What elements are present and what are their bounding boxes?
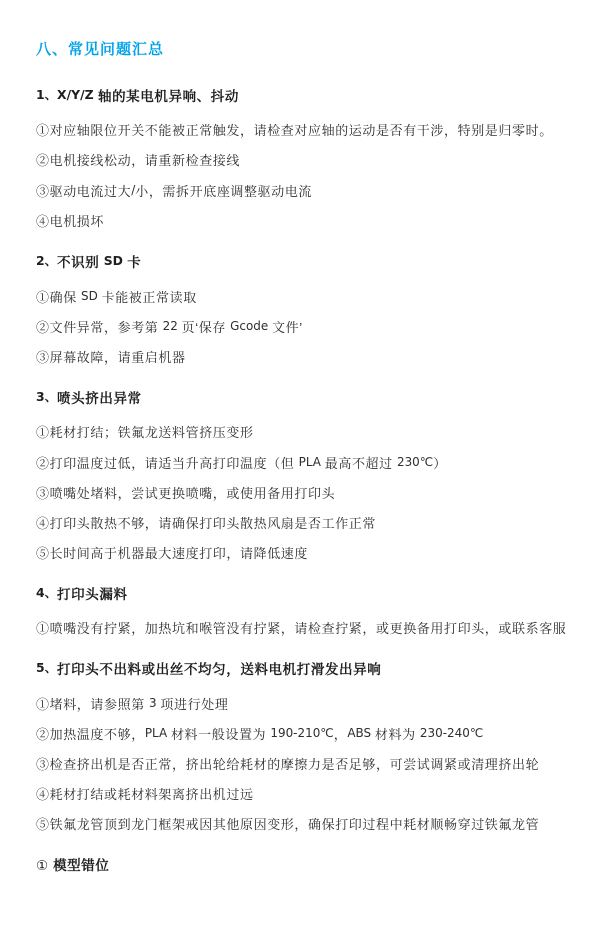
list-item: ②电机接线松动，请重新检查接线 [36,153,581,170]
text-run: ②电机接线松动，请重新检查接线 [36,153,240,168]
text-run: 材料为 [375,727,420,742]
latin-text-run: 190-210℃ [270,726,333,740]
latin-text-run: 230-240℃ [420,726,483,740]
latin-text-run: 5、 [36,660,57,675]
latin-text-run: 3 [149,696,160,710]
section-heading: 4、打印头漏料 [36,583,581,603]
latin-text-run: 1、X/Y/Z [36,87,98,102]
latin-text-run: ABS [347,726,375,740]
text-run: ③驱动电流过大 [36,184,131,199]
text-run: ④打印头散热不够，请确保打印头散热风扇是否工作正常 [36,516,376,531]
text-run: ③屏幕故障，请重启机器 [36,350,186,365]
text-run: ①堵料，请参照第 [36,697,149,712]
list-item: ③喷嘴处堵料，尝试更换喷嘴，或使用备用打印头 [36,486,581,503]
latin-text-run: 22 [163,319,182,333]
text-run: ④电机损坏 [36,214,104,229]
text-run: 最高不超过 [325,456,397,471]
list-item: ②打印温度过低，请适当升高打印温度（但 PLA 最高不超过 230℃） [36,455,581,473]
text-run: ②文件异常，参考第 [36,320,163,335]
latin-text-run: PLA [299,455,325,469]
list-item: ②加热温度不够，PLA 材料一般设置为 190-210℃，ABS 材料为 230… [36,726,581,744]
latin-text-run: 3、 [36,389,57,404]
text-run: 材料一般设置为 [171,727,270,742]
text-run: 喷头挤出异常 [57,391,142,406]
list-item: ①耗材打结；铁氟龙送料管挤压变形 [36,425,581,442]
text-run: 不识别 [57,255,104,270]
list-item: ①喷嘴没有拧紧，加热坑和喉管没有拧紧，请检查拧紧，或更换备用打印头，或联系客服 [36,621,581,638]
list-item: ③屏幕故障，请重启机器 [36,350,581,367]
text-run: 打印头不出料或出丝不均匀，送料电机打滑发出异响 [57,662,381,677]
text-run: ①确保 [36,290,81,305]
list-item: ④电机损坏 [36,214,581,231]
text-run: ① [36,858,53,873]
section-heading: 2、不识别 SD 卡 [36,251,581,271]
list-item: ⑤铁氟龙管顶到龙门框架戒因其他原因变形，确保打印过程中耗材顺畅穿过铁氟龙管 [36,817,581,834]
latin-text-run: SD [104,253,128,268]
text-run: 打印头漏料 [57,587,128,602]
latin-text-run: Gcode [230,319,272,333]
sections: 1、X/Y/Z 轴的某电机异响、抖动①对应轴限位开关不能被正常触发，请检查对应轴… [36,85,581,874]
latin-text-run: 2、 [36,253,57,268]
list-item: ③检查挤出机是否正常，挤出轮给耗材的摩擦力是否足够，可尝试调紧或清理挤出轮 [36,757,581,774]
list-item: ①对应轴限位开关不能被正常触发，请检查对应轴的运动是否有干涉，特别是归零时。 [36,123,581,140]
text-run: ①对应轴限位开关不能被正常触发，请检查对应轴的运动是否有干涉，特别是归零时。 [36,123,553,138]
text-run: ②加热温度不够， [36,727,145,742]
text-run: ④耗材打结或耗材料架离挤出机过远 [36,787,254,802]
list-item: ③驱动电流过大/小，需拆开底座调整驱动电流 [36,183,581,201]
list-item: ①确保 SD 卡能被正常读取 [36,289,581,307]
text-run: 卡能被正常读取 [102,290,197,305]
text-run: ⑤铁氟龙管顶到龙门框架戒因其他原因变形，确保打印过程中耗材顺畅穿过铁氟龙管 [36,817,539,832]
text-run: ③检查挤出机是否正常，挤出轮给耗材的摩擦力是否足够，可尝试调紧或清理挤出轮 [36,757,539,772]
latin-text-run: SD [81,289,102,303]
text-run: 轴的某电机异响、抖动 [98,89,239,104]
text-run: ， [334,727,348,742]
document-page: 八、常见问题汇总 1、X/Y/Z 轴的某电机异响、抖动①对应轴限位开关不能被正常… [0,0,595,932]
list-item: ④打印头散热不够，请确保打印头散热风扇是否工作正常 [36,516,581,533]
text-run: ①耗材打结；铁氟龙送料管挤压变形 [36,425,254,440]
list-item: ②文件异常，参考第 22 页‘保存 Gcode 文件’ [36,319,581,337]
text-run: ） [433,456,447,471]
latin-text-run: PLA [145,726,171,740]
section-heading: 3、喷头挤出异常 [36,387,581,407]
text-run: ③喷嘴处堵料，尝试更换喷嘴，或使用备用打印头 [36,486,335,501]
page-title: 八、常见问题汇总 [36,38,581,59]
text-run: 文件’ [272,320,303,335]
list-item: ④耗材打结或耗材料架离挤出机过远 [36,787,581,804]
text-run: 页‘保存 [182,320,231,335]
text-run: 卡 [127,255,141,270]
text-run: 项进行处理 [160,697,228,712]
text-run: ①喷嘴没有拧紧，加热坑和喉管没有拧紧，请检查拧紧，或更换备用打印头，或联系客服 [36,621,566,636]
latin-text-run: 230℃ [397,455,433,469]
section-heading: 5、打印头不出料或出丝不均匀，送料电机打滑发出异响 [36,658,581,678]
text-run: 模型错位 [53,858,109,873]
text-run: ⑤长时间高于机器最大速度打印，请降低速度 [36,546,308,561]
section-heading: ① 模型错位 [36,854,581,874]
text-run: 小，需拆开底座调整驱动电流 [135,184,312,199]
latin-text-run: 4、 [36,585,57,600]
section-heading: 1、X/Y/Z 轴的某电机异响、抖动 [36,85,581,105]
list-item: ⑤长时间高于机器最大速度打印，请降低速度 [36,546,581,563]
list-item: ①堵料，请参照第 3 项进行处理 [36,696,581,714]
text-run: ②打印温度过低，请适当升高打印温度（但 [36,456,299,471]
